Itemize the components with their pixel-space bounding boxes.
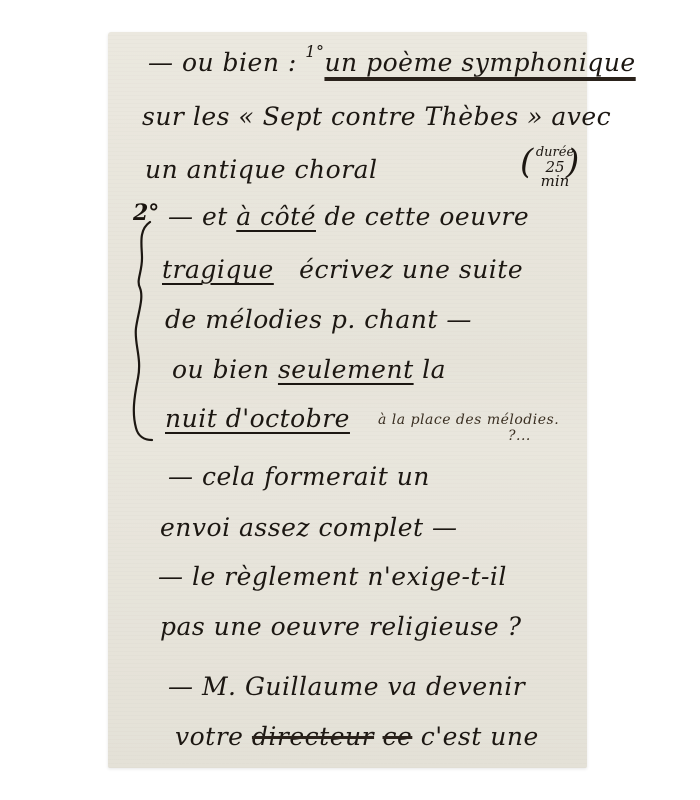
line-3-text: un antique choral [145, 155, 378, 184]
line-9-text: — cela formerait un [168, 462, 430, 491]
marker-first: 1° [305, 42, 324, 61]
line-5: tragique écrivez une suite [162, 255, 523, 284]
line-13-prefix: — M. Guillaume [168, 672, 379, 701]
curly-bracket-icon [130, 218, 160, 443]
line-12: pas une oeuvre religieuse ? [160, 612, 522, 641]
open-paren: ( [520, 142, 533, 182]
line-8: nuit d'octobre [165, 404, 350, 433]
line-4: — et à côté de cette oeuvre [168, 202, 529, 231]
line-6: de mélodies p. chant — [165, 305, 472, 334]
line-1-prefix: — ou bien : [148, 48, 297, 77]
line-4-text: de cette oeuvre [324, 202, 529, 231]
line-5-underlined: tragique [162, 255, 274, 284]
line-8-aside-text: à la place des mélodies. [378, 412, 559, 428]
line-1: — ou bien : 1°un poème symphonique [148, 48, 636, 77]
line-11-text: — le règlement n'exige-t-il [158, 562, 507, 591]
close-paren: ) [566, 142, 579, 182]
line-7-underlined: seulement [278, 355, 414, 384]
line-14-prefix: votre [175, 722, 243, 751]
line-14-text: c'est une [421, 722, 539, 751]
line-7-text: la [422, 355, 446, 384]
line-2-text: sur les « Sept contre Thèbes » avec [142, 102, 611, 131]
line-12-text: pas une oeuvre religieuse ? [160, 612, 522, 641]
line-8-aside: à la place des mélodies. [378, 412, 559, 428]
line-7: ou bien seulement la [172, 355, 446, 384]
line-2: sur les « Sept contre Thèbes » avec [142, 102, 611, 131]
line-4-underlined: à côté [236, 202, 316, 231]
line-7-prefix: ou bien [172, 355, 270, 384]
line-10-text: envoi assez complet — [160, 513, 458, 542]
line-13: — M. Guillaume va devenir [168, 672, 525, 701]
line-9: — cela formerait un [168, 462, 430, 491]
line-13-text: va devenir [387, 672, 525, 701]
line-14-struck-2: ce [383, 722, 413, 751]
line-8-aside-mark: ?... [508, 428, 531, 444]
question-mark: ?... [508, 428, 531, 444]
line-11: — le règlement n'exige-t-il [158, 562, 507, 591]
line-10: envoi assez complet — [160, 513, 458, 542]
line-14-struck: directeur [252, 722, 374, 751]
line-4-prefix: — et [168, 202, 228, 231]
line-8-underlined: nuit d'octobre [165, 404, 350, 433]
line-14: votre directeur ce c'est une [175, 722, 539, 751]
line-5-text: écrivez une suite [299, 255, 523, 284]
line-1-main: un poème symphonique [324, 48, 635, 77]
line-3: un antique choral [145, 155, 378, 184]
line-6-text: de mélodies p. chant — [165, 305, 472, 334]
manuscript-page [108, 32, 587, 768]
